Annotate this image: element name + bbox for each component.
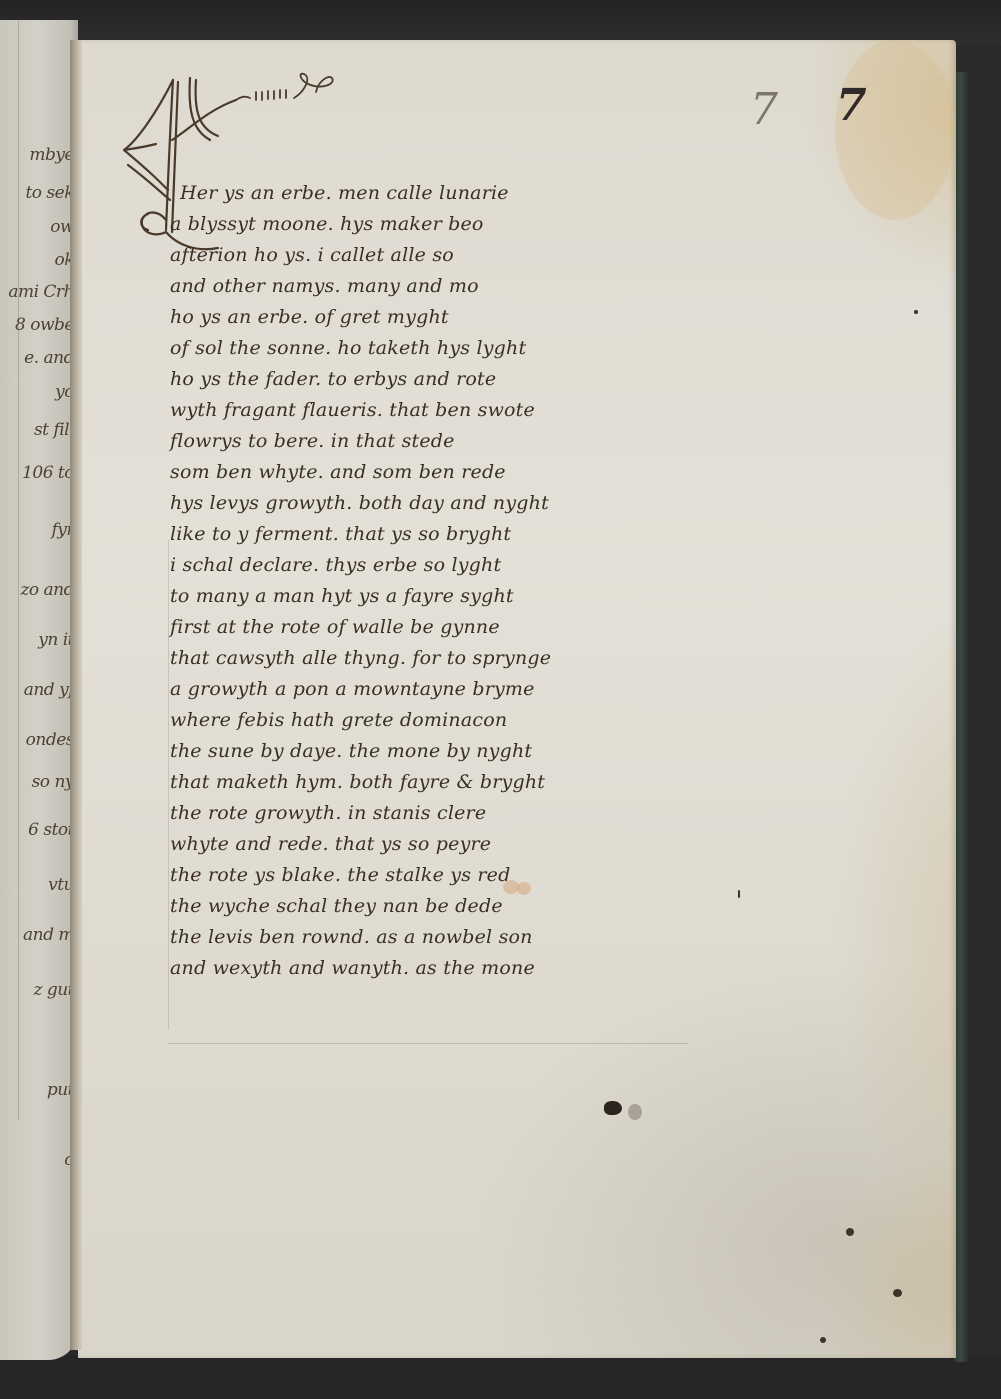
verso-text-fragment: o (0, 1150, 78, 1170)
verso-text-fragment: fyr (0, 520, 78, 540)
text-line: and wexyth and wanyth. as the mone (170, 953, 690, 984)
text-line: the wyche schal they nan be dede (170, 891, 690, 922)
verso-text-fragment: ami Crh (0, 282, 78, 302)
ink-speck (893, 1289, 902, 1297)
ink-smudge (628, 1104, 642, 1120)
verso-text-fragment: ondes (0, 730, 78, 750)
text-line: ho ys the fader. to erbys and rote (170, 364, 690, 395)
text-line: i schal declare. thys erbe so lyght (170, 550, 690, 581)
text-line: whyte and rede. that ys so peyre (170, 829, 690, 860)
ink-blot (604, 1101, 622, 1115)
wax-stain (517, 882, 531, 895)
text-line: that cawsyth alle thyng. for to sprynge (170, 643, 690, 674)
text-line: first at the rote of walle be gynne (170, 612, 690, 643)
verso-text-fragment: 8 owbe (0, 315, 78, 335)
folio-number-pencil: 7 (750, 84, 778, 135)
text-line: the levis ben rownd. as a nowbel son (170, 922, 690, 953)
verso-text-fragment: yo (0, 382, 78, 402)
ink-speck (846, 1228, 854, 1236)
text-line: a blyssyt moone. hys maker beo (170, 209, 690, 240)
verso-text-fragment: st fill (0, 420, 78, 440)
verso-text-fragment: zo and (0, 580, 78, 600)
text-line: ho ys an erbe. of gret myght (170, 302, 690, 333)
text-line: the sune by daye. the mone by nyght (170, 736, 690, 767)
ink-speck (820, 1337, 826, 1343)
text-line: that maketh hym. both fayre & bryght (170, 767, 690, 798)
text-line: Her ys an erbe. men calle lunarie (170, 178, 690, 209)
verso-text-fragment: put (0, 1080, 78, 1100)
text-line: like to y ferment. that ys so bryght (170, 519, 690, 550)
verso-text-fragment: and yf (0, 680, 78, 700)
verso-text-fragment: ow (0, 217, 78, 237)
verso-text-fragment: 6 stot (0, 820, 78, 840)
verso-text-fragment: 106 to (0, 463, 78, 483)
ruling-line-bottom (168, 1043, 688, 1044)
verso-text-fragment: to sek (0, 183, 78, 203)
ink-speck (914, 310, 918, 314)
text-line: hys levys growyth. both day and nyght (170, 488, 690, 519)
text-line: flowrys to bere. in that stede (170, 426, 690, 457)
ruling-line-left (168, 540, 169, 1030)
text-line: where febis hath grete dominacon (170, 705, 690, 736)
verso-text-fragment: and m (0, 925, 78, 945)
flourish-ornament (232, 72, 342, 112)
verso-text-fragment: yn it (0, 630, 78, 650)
text-line: som ben whyte. and som ben rede (170, 457, 690, 488)
text-line: afterion ho ys. i callet alle so (170, 240, 690, 271)
verso-text-fragment: e. and (0, 348, 78, 368)
text-line: a growyth a pon a mowntayne bryme (170, 674, 690, 705)
text-line: of sol the sonne. ho taketh hys lyght (170, 333, 690, 364)
text-line: the rote ys blake. the stalke ys red (170, 860, 690, 891)
photo-backdrop-bottom (0, 1355, 1001, 1399)
ink-speck (738, 890, 740, 898)
binding-board-edge (954, 72, 968, 1362)
facing-page-verso: mbye to sek ow ok ami Crh 8 owbe e. and … (0, 20, 78, 1360)
text-line: and other namys. many and mo (170, 271, 690, 302)
verso-text-fragment: ok (0, 250, 78, 270)
verso-text-fragment: so ny (0, 772, 78, 792)
photo-backdrop-top (0, 0, 1001, 45)
book-gutter (70, 40, 82, 1350)
text-line: wyth fragant flaueris. that ben swote (170, 395, 690, 426)
verso-text-fragment: vtu (0, 875, 78, 895)
folio-number-ink: 7 (836, 80, 867, 131)
text-line: the rote growyth. in stanis clere (170, 798, 690, 829)
manuscript-text-block: Her ys an erbe. men calle lunarie a blys… (170, 178, 690, 984)
verso-text-fragment: z gut (0, 980, 78, 1000)
text-line: to many a man hyt ys a fayre syght (170, 581, 690, 612)
verso-text-fragment: mbye (0, 145, 78, 165)
